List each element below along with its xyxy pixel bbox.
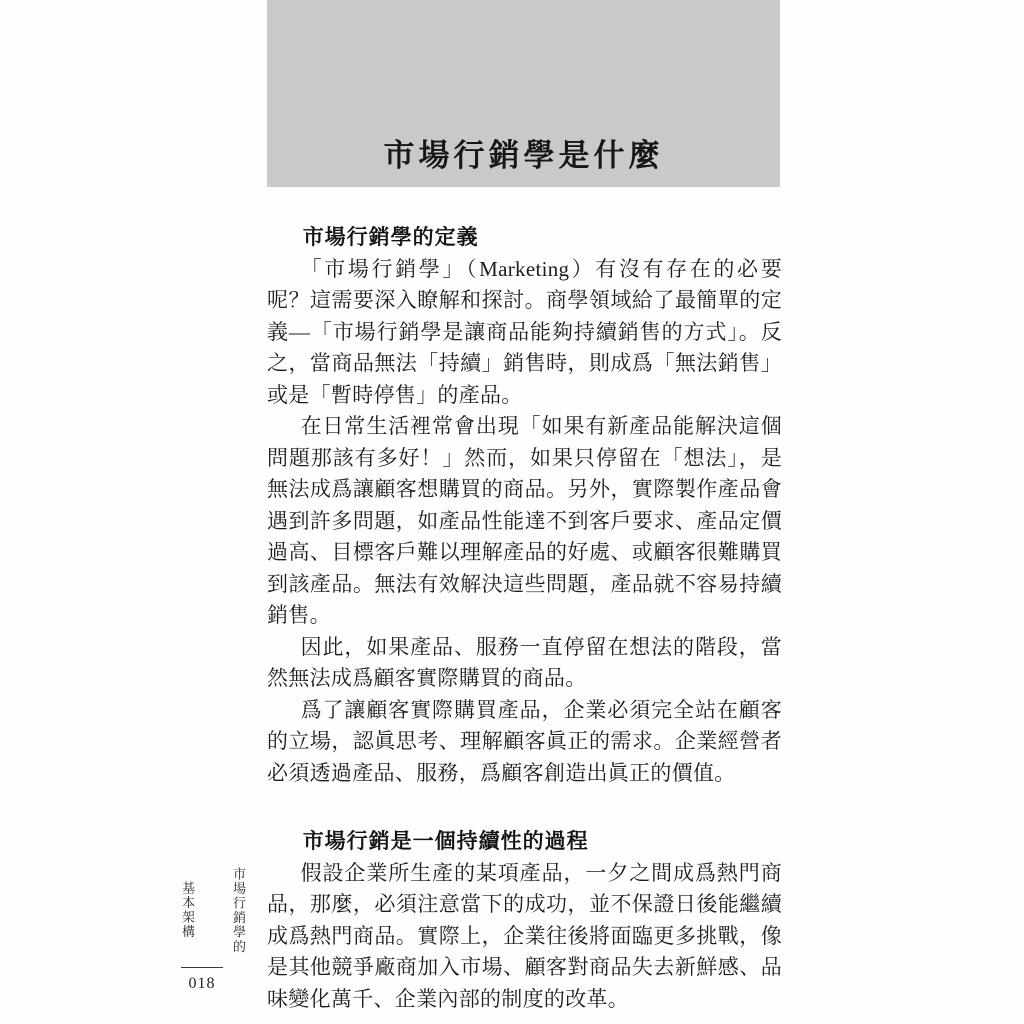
paragraph: 假設企業所生產的某項產品，一夕之間成爲熱門商品，那麼，必須注意當下的成功，並不保… (267, 858, 782, 1016)
paragraph: 「市場行銷學」（Marketing）有沒有存在的必要呢？這需要深入瞭解和探討。商… (267, 254, 782, 412)
book-page: 市場行銷學是什麼 市場行銷學的定義 「市場行銷學」（Marketing）有沒有存… (0, 0, 1024, 1024)
section-heading-continuous-process: 市場行銷是一個持續性的過程 (267, 826, 782, 858)
sidebar-book-title-lower: 基本架構 (179, 864, 230, 956)
section-heading-definition: 市場行銷學的定義 (267, 222, 782, 254)
sidebar-book-title: 市場行銷學的 基本架構 (179, 864, 247, 956)
chapter-title: 市場行銷學是什麼 (384, 140, 664, 187)
sidebar-book-title-upper: 市場行銷學的 (230, 864, 247, 956)
paragraph: 在日常生活裡常會出現「如果有新產品能解決這個問題那該有多好！」然而，如果只停留在… (267, 411, 782, 632)
paragraph: 因此，如果產品、服務一直停留在想法的階段，當然無法成爲顧客實際購買的商品。 (267, 632, 782, 695)
main-text-column: 市場行銷學的定義 「市場行銷學」（Marketing）有沒有存在的必要呢？這需要… (267, 222, 782, 1015)
page-number: 018 (179, 975, 225, 993)
margin-sidebar: 市場行銷學的 基本架構 018 (179, 864, 225, 993)
paragraph: 爲了讓顧客實際購買產品，企業必須完全站在顧客的立場，認眞思考、理解顧客眞正的需求… (267, 695, 782, 790)
sidebar-divider-rule (181, 967, 223, 968)
chapter-header-banner: 市場行銷學是什麼 (267, 0, 780, 187)
